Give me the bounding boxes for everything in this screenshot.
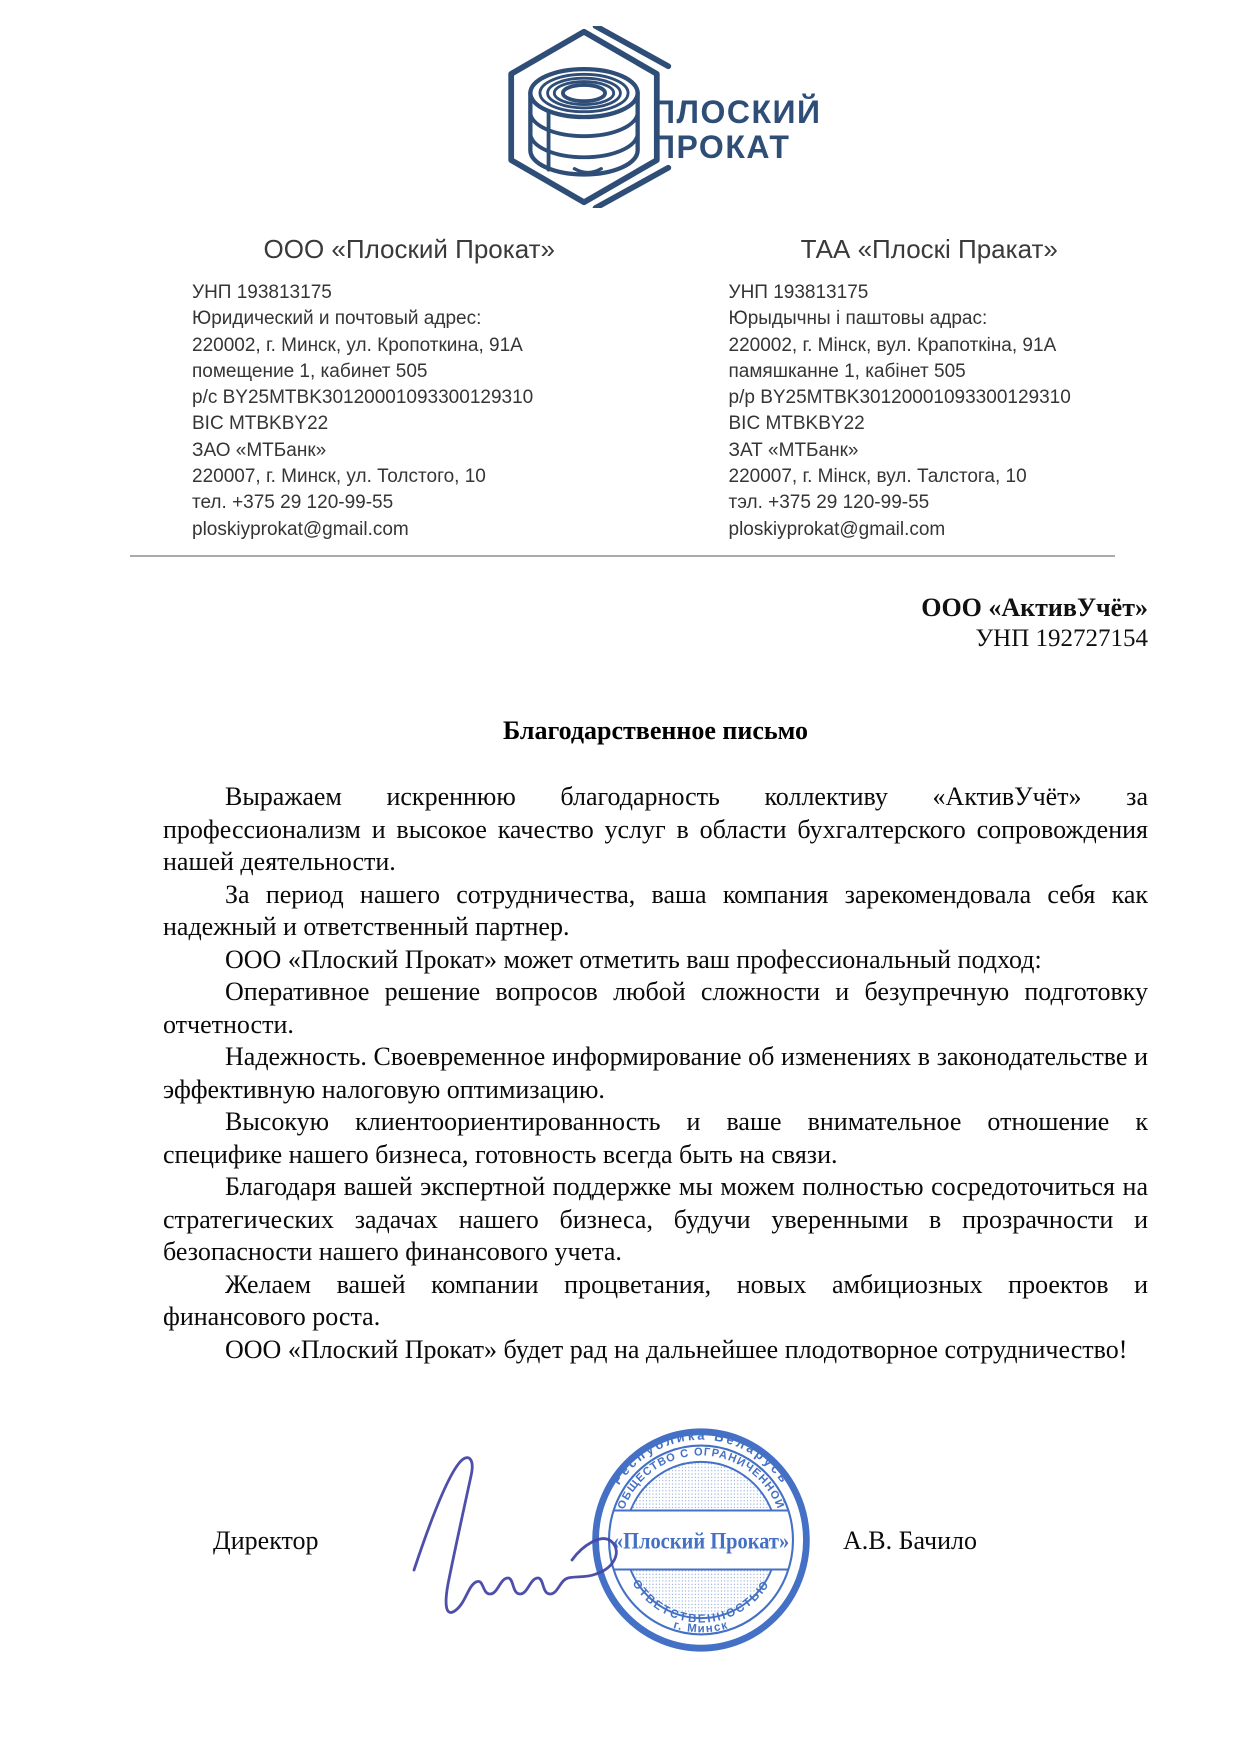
requisite-line: 220002, г. Минск, ул. Кропоткина, 91А xyxy=(192,333,656,359)
paragraph: Желаем вашей компании процветания, новых… xyxy=(163,1269,1148,1334)
recipient-unp: УНП 192727154 xyxy=(921,623,1148,654)
paragraph: Благодаря вашей экспертной поддержке мы … xyxy=(163,1171,1148,1269)
recipient-name: ООО «АктивУчёт» xyxy=(921,592,1148,623)
signature-scribble-icon xyxy=(400,1450,630,1620)
requisite-line: тел. +375 29 120-99-55 xyxy=(192,490,656,516)
paragraph: За период нашего сотрудничества, ваша ко… xyxy=(163,879,1148,944)
requisite-line: 220007, г. Минск, ул. Толстого, 10 xyxy=(192,464,656,490)
logo-word-line2: ПРОКАТ xyxy=(652,130,821,165)
signature-block: Директор Республика Беларусь xyxy=(163,1420,1148,1665)
requisite-line: тэл. +375 29 120-99-55 xyxy=(729,490,1149,516)
company-name-ru: ООО «Плоский Прокат» xyxy=(163,234,656,264)
paragraph: Выражаем искреннюю благодарность коллект… xyxy=(163,781,1148,879)
requisite-line: р/р BY25MTBK30120001093300129310 xyxy=(729,385,1149,411)
director-label: Директор xyxy=(213,1526,319,1556)
recipient-block: ООО «АктивУчёт» УНП 192727154 xyxy=(921,592,1148,654)
requisites-by-lines: УНП 193813175 Юрыдычны і паштовы адрас: … xyxy=(656,280,1149,543)
requisite-line-email: ploskiyprokat@gmail.com xyxy=(729,517,1149,543)
requisites-by: ТАА «Плоскі Пракат» УНП 193813175 Юрыдыч… xyxy=(656,234,1149,543)
paragraph: ООО «Плоский Прокат» будет рад на дальне… xyxy=(163,1334,1148,1367)
divider-line xyxy=(130,555,1115,557)
logo-wordmark: ПЛОСКИЙ ПРОКАТ xyxy=(652,95,821,165)
signer-name: А.В. Бачило xyxy=(843,1526,977,1556)
requisite-line: Юрыдычны і паштовы адрас: xyxy=(729,306,1149,332)
letter-body: Выражаем искреннюю благодарность коллект… xyxy=(163,781,1148,1366)
letter-page: ПЛОСКИЙ ПРОКАТ ООО «Плоский Прокат» УНП … xyxy=(0,0,1241,1755)
letter-title: Благодарственное письмо xyxy=(163,716,1148,746)
paragraph: Высокую клиентоориентированность и ваше … xyxy=(163,1106,1148,1171)
requisites-ru-lines: УНП 193813175 Юридический и почтовый адр… xyxy=(163,280,656,543)
requisite-line: BIC MTBKBY22 xyxy=(729,411,1149,437)
requisite-line: 220002, г. Мінск, вул. Крапоткіна, 91А xyxy=(729,333,1149,359)
requisite-line: памяшканне 1, кабінет 505 xyxy=(729,359,1149,385)
requisites-ru: ООО «Плоский Прокат» УНП 193813175 Юриди… xyxy=(163,234,656,543)
company-requisites: ООО «Плоский Прокат» УНП 193813175 Юриди… xyxy=(163,234,1148,543)
requisite-line: 220007, г. Мінск, вул. Талстога, 10 xyxy=(729,464,1149,490)
requisite-line: УНП 193813175 xyxy=(729,280,1149,306)
stamp-center-text: «Плоский Прокат» xyxy=(613,1528,789,1554)
paragraph: Оперативное решение вопросов любой сложн… xyxy=(163,976,1148,1041)
requisite-line: Юридический и почтовый адрес: xyxy=(192,306,656,332)
company-name-by: ТАА «Плоскі Пракат» xyxy=(656,234,1149,264)
requisite-line: УНП 193813175 xyxy=(192,280,656,306)
requisite-line: р/с BY25MTBK30120001093300129310 xyxy=(192,385,656,411)
requisite-line-email: ploskiyprokat@gmail.com xyxy=(192,517,656,543)
logo-word-line1: ПЛОСКИЙ xyxy=(652,95,821,130)
requisite-line: помещение 1, кабинет 505 xyxy=(192,359,656,385)
requisite-line: ЗАТ «МТБанк» xyxy=(729,438,1149,464)
paragraph: Надежность. Своевременное информирование… xyxy=(163,1041,1148,1106)
requisite-line: ЗАО «МТБанк» xyxy=(192,438,656,464)
requisite-line: BIC MTBKBY22 xyxy=(192,411,656,437)
paragraph: ООО «Плоский Прокат» может отметить ваш … xyxy=(163,944,1148,977)
